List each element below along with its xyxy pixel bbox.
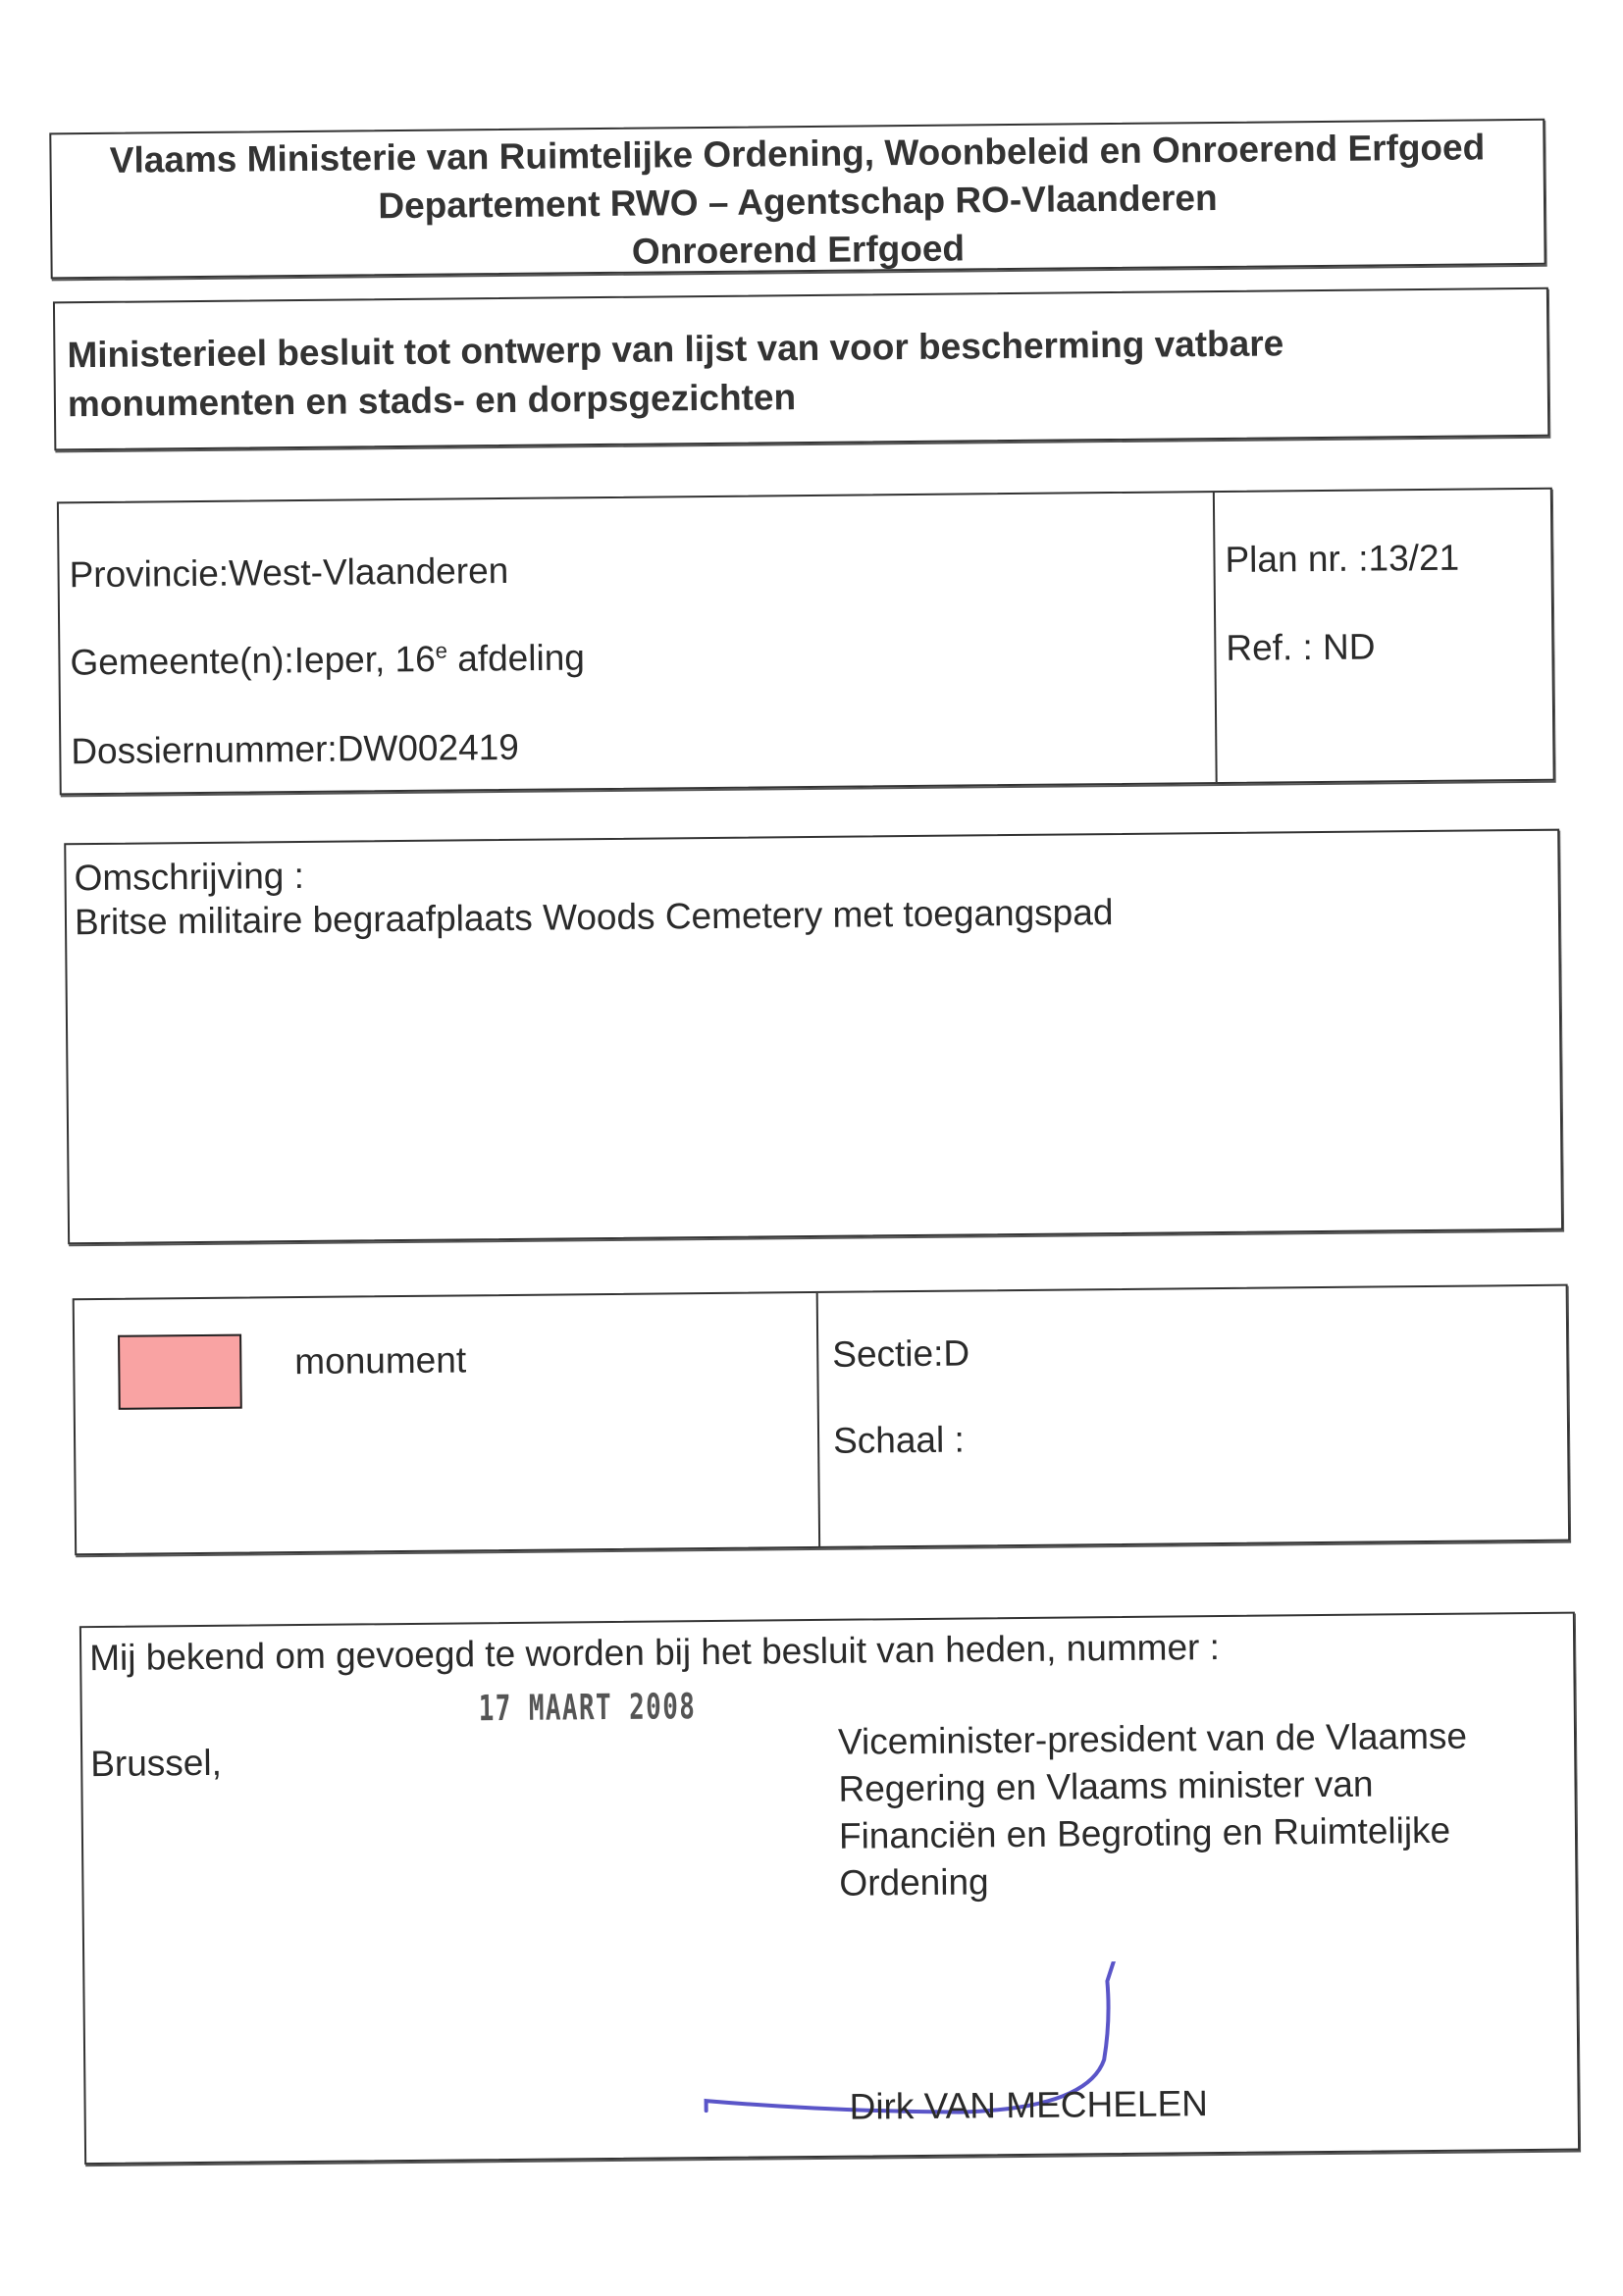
location-info-box: Provincie:West-Vlaanderen Gemeente(n):Ie… <box>57 488 1555 796</box>
location-fields: Provincie:West-Vlaanderen Gemeente(n):Ie… <box>59 493 1218 793</box>
plan-nr-field: Plan nr. :13/21 <box>1225 538 1459 581</box>
gemeente-superscript: e <box>436 639 447 663</box>
ministry-header: Vlaams Ministerie van Ruimtelijke Ordeni… <box>49 119 1545 280</box>
sectie-field: Sectie:D <box>832 1332 969 1375</box>
signatory-role: Viceminister-president van de Vlaamse Re… <box>838 1712 1527 1907</box>
place-label: Brussel, <box>90 1743 222 1785</box>
signature-box: Mij bekend om gevoegd te worden bij het … <box>79 1612 1580 2166</box>
role-line: Financiën en Begroting en Ruimtelijke <box>839 1806 1526 1860</box>
signer-name: Dirk VAN MECHELEN <box>849 2083 1208 2128</box>
gemeente-field: Gemeente(n):Ieper, 16e afdeling <box>70 637 585 683</box>
attachment-statement: Mij bekend om gevoegd te worden bij het … <box>89 1627 1220 1679</box>
legend-label-monument: monument <box>294 1339 466 1383</box>
document-page: Vlaams Ministerie van Ruimtelijke Ordeni… <box>0 0 1623 2296</box>
dossiernummer-field: Dossiernummer:DW002419 <box>71 727 519 772</box>
role-line: Regering en Vlaams minister van <box>838 1759 1525 1813</box>
gemeente-suffix: afdeling <box>447 638 585 679</box>
schaal-field: Schaal : <box>833 1420 965 1462</box>
date-stamp: 17 MAART 2008 <box>479 1687 697 1729</box>
role-line: Ordening <box>839 1853 1526 1907</box>
decree-title-box: Ministerieel besluit tot ontwerp van lij… <box>53 287 1549 451</box>
monument-swatch-icon <box>118 1334 242 1410</box>
description-box: Omschrijving : Britse militaire begraafp… <box>64 829 1563 1245</box>
decree-title: Ministerieel besluit tot ontwerp van lij… <box>55 289 1547 430</box>
legend-box: monument Sectie:D Schaal : <box>73 1284 1570 1556</box>
provincie-field: Provincie:West-Vlaanderen <box>69 550 508 596</box>
gemeente-text: Gemeente(n):Ieper, 16 <box>70 639 436 683</box>
legend-items: monument <box>75 1293 820 1553</box>
role-line: Viceminister-president van de Vlaamse <box>838 1712 1525 1766</box>
ref-field: Ref. : ND <box>1226 626 1376 668</box>
